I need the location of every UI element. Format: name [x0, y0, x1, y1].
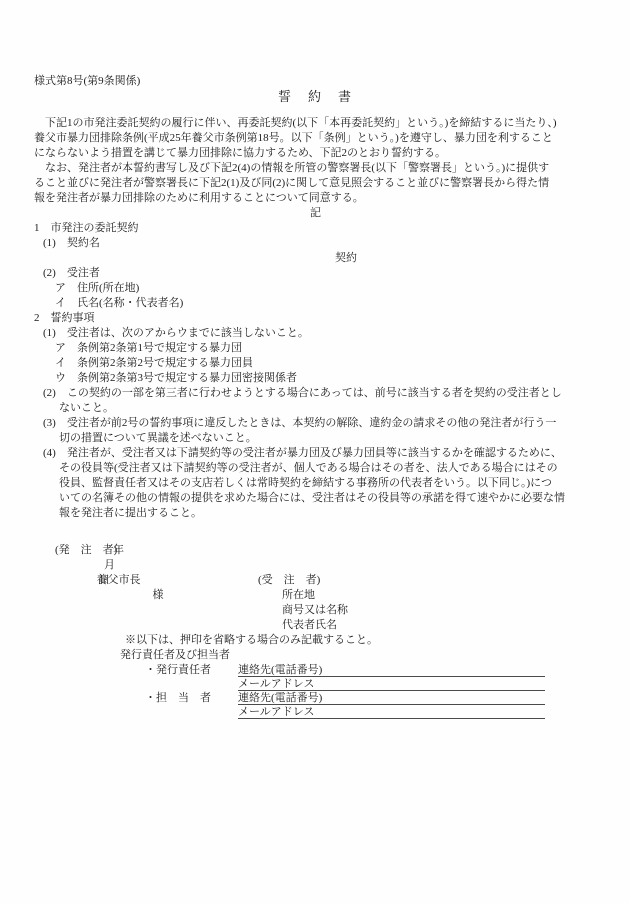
- list-line-pledge4-cont: 報を発注者に提出すること。: [34, 506, 597, 521]
- list-line-pledge1-c: ウ 条例第2条第3号で規定する暴力団密接関係者: [34, 371, 597, 386]
- date-line: 年 月 日: [34, 528, 597, 543]
- addressee-line: 養父市長 様: [34, 558, 597, 573]
- issuer-row: メールアドレス: [34, 677, 597, 691]
- list-line-section1: 1 市発注の委託契約: [34, 221, 597, 236]
- mayor-label: 養父市長: [97, 574, 141, 586]
- intro-paragraphs: 下記1の市発注委託契約の履行に伴い、再委託契約(以下「本再委託契約」という。)を…: [34, 116, 597, 206]
- intro-line: 下記1の市発注委託契約の履行に伴い、再委託契約(以下「本再委託契約」という。)を…: [34, 116, 597, 131]
- list-line-name: イ 氏名(名称・代表者名): [34, 296, 597, 311]
- phone-field-underline: 連絡先(電話番号): [238, 663, 545, 677]
- list-line-pledge2: (2) この契約の一部を第三者に行わせようとする場合にあっては、前号に該当する者…: [34, 386, 597, 401]
- intro-line: ること並びに発注者が警察署長に下記2(1)及び同(2)に関して意見照会すること並…: [34, 176, 597, 191]
- intro-line: なお、発注者が本誓約書写し及び下記2(4)の情報を所管の警察署長(以下「警察署長…: [34, 161, 597, 176]
- issuer-contact-section: ※以下は、押印を省略する場合のみ記載すること。 発行責任者及び担当者 ・発行責任…: [34, 633, 597, 719]
- issuer-row: メールアドレス: [34, 705, 597, 719]
- list-line-pledge4-cont: その役員等(受注者又は下請契約等の受注者が、個人である場合はその者を、法人である…: [34, 461, 597, 476]
- issuer-bullet-label: ・発行責任者: [145, 663, 238, 677]
- list-line-section2: 2 誓約事項: [34, 311, 597, 326]
- phone-field-underline: 連絡先(電話番号): [238, 691, 545, 705]
- email-field-underline: メールアドレス: [238, 705, 545, 719]
- list-line-contract-name: (1) 契約名: [34, 236, 597, 251]
- list-line-address: ア 住所(所在地): [34, 281, 597, 296]
- representative-field-label: 代表者氏名: [34, 618, 597, 633]
- honorific-label: 様: [153, 588, 164, 603]
- intro-line: 養父市暴力団排除条例(平成25年養父市条例第18号。以下「条例」という。)を遵守…: [34, 131, 597, 146]
- issuer-row: ・担 当 者 連絡先(電話番号): [34, 691, 597, 705]
- issuer-bullet-label: ・担 当 者: [145, 691, 238, 705]
- month-label: 月: [104, 558, 115, 573]
- list-line-contractor: (2) 受注者: [34, 266, 597, 281]
- form-number: 様式第8号(第9条関係): [34, 74, 597, 89]
- ki-marker: 記: [34, 206, 597, 221]
- list-line-pledge4: (4) 発注者が、受注者又は下請契約等の受注者が暴力団及び暴力団員等に該当するか…: [34, 446, 597, 461]
- list-line-pledge3-cont: 切の措置について異議を述べないこと。: [34, 431, 597, 446]
- contract-suffix-label: 契約: [34, 251, 597, 266]
- list-line-pledge3: (3) 受注者が前2号の誓約事項に違反したときは、本契約の解除、違約金の請求その…: [34, 416, 597, 431]
- document-title: 誓 約 書: [34, 89, 597, 105]
- issuer-heading: 発行責任者及び担当者: [34, 648, 597, 663]
- email-field-underline: メールアドレス: [238, 677, 545, 691]
- intro-line: にならないよう措置を講じて暴力団排除に協力するため、下記2のとおり誓約する。: [34, 146, 597, 161]
- list-line-pledge2-cont: ないこと。: [34, 401, 597, 416]
- issuer-bullet-label: [145, 677, 238, 691]
- list-line-pledge1: (1) 受注者は、次のアからウまでに該当しないこと。: [34, 326, 597, 341]
- seal-omission-note: ※以下は、押印を省略する場合のみ記載すること。: [34, 633, 597, 648]
- issuer-bullet-label: [145, 705, 238, 719]
- itemized-body: 1 市発注の委託契約 (1) 契約名 契約 (2) 受注者 ア 住所(所在地) …: [34, 221, 597, 521]
- list-line-pledge4-cont: 役員、監督責任者又はその支店若しくは常時契約を締結する事務所の代表者をいう。以下…: [34, 476, 597, 491]
- intro-line: 報を発注者が暴力団排除のために利用することについて同意する。: [34, 191, 597, 206]
- document-page: 様式第8号(第9条関係) 誓 約 書 下記1の市発注委託契約の履行に伴い、再委託…: [0, 0, 630, 903]
- list-line-pledge4-cont: いての名簿その他の情報の提供を求めた場合には、受注者はその役員等の承諾を得て速や…: [34, 491, 597, 506]
- list-line-pledge1-a: ア 条例第2条第1号で規定する暴力団: [34, 341, 597, 356]
- company-field-label: 商号又は名称: [34, 603, 597, 618]
- list-line-pledge1-b: イ 条例第2条第2号で規定する暴力団員: [34, 356, 597, 371]
- issuer-row: ・発行責任者 連絡先(電話番号): [34, 663, 597, 677]
